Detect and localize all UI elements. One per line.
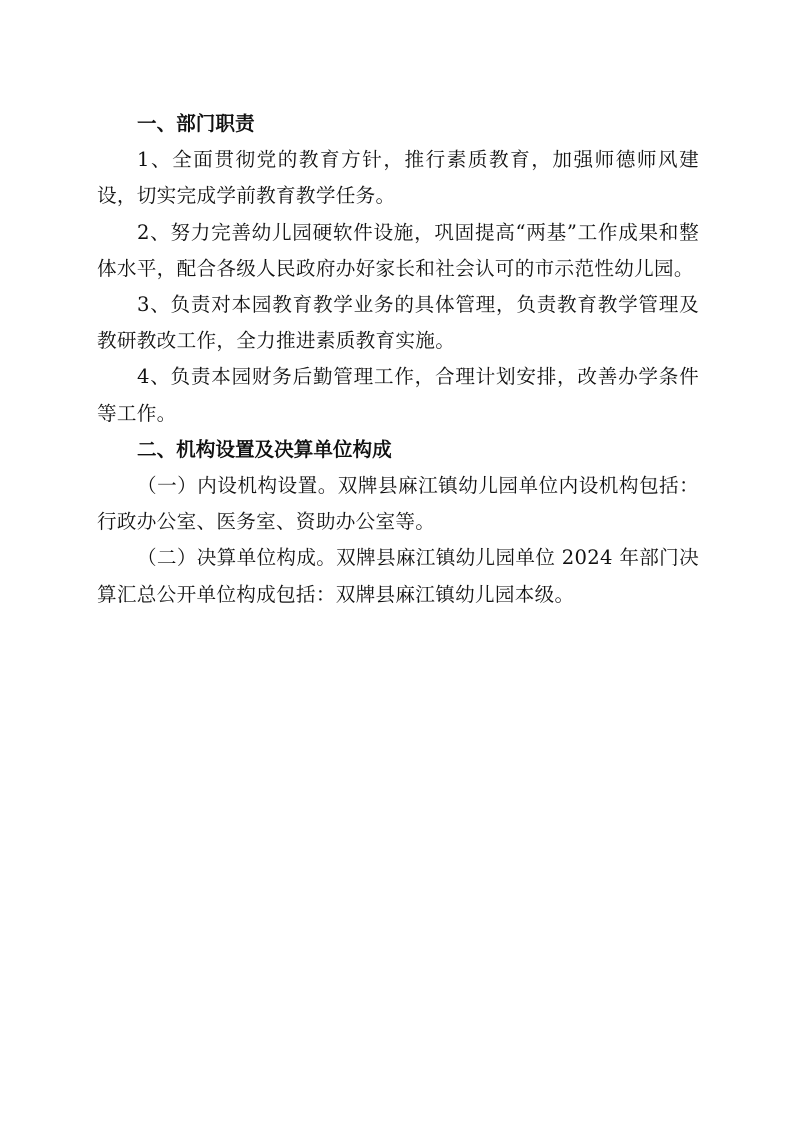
duty-paragraph-4: 4、负责本园财务后勤管理工作，合理计划安排，改善办学条件等工作。: [97, 359, 699, 431]
internal-structure-paragraph: （一）内设机构设置。双牌县麻江镇幼儿园单位内设机构包括：行政办公室、医务室、资助…: [97, 468, 699, 540]
duty-paragraph-1: 1、全面贯彻党的教育方针，推行素质教育，加强师德师风建设，切实完成学前教育教学任…: [97, 142, 699, 214]
duty-paragraph-3: 3、负责对本园教育教学业务的具体管理，负责教育教学管理及教研教改工作，全力推进素…: [97, 287, 699, 359]
duty-paragraph-2: 2、努力完善幼儿园硬软件设施，巩固提高“两基”工作成果和整体水平，配合各级人民政…: [97, 215, 699, 287]
section-heading-department-duties: 一、部门职责: [97, 106, 699, 142]
accounting-unit-paragraph: （二）决算单位构成。双牌县麻江镇幼儿园单位 2024 年部门决算汇总公开单位构成…: [97, 540, 699, 612]
section-heading-organization: 二、机构设置及决算单位构成: [97, 432, 699, 468]
document-page: 一、部门职责 1、全面贯彻党的教育方针，推行素质教育，加强师德师风建设，切实完成…: [97, 106, 699, 613]
